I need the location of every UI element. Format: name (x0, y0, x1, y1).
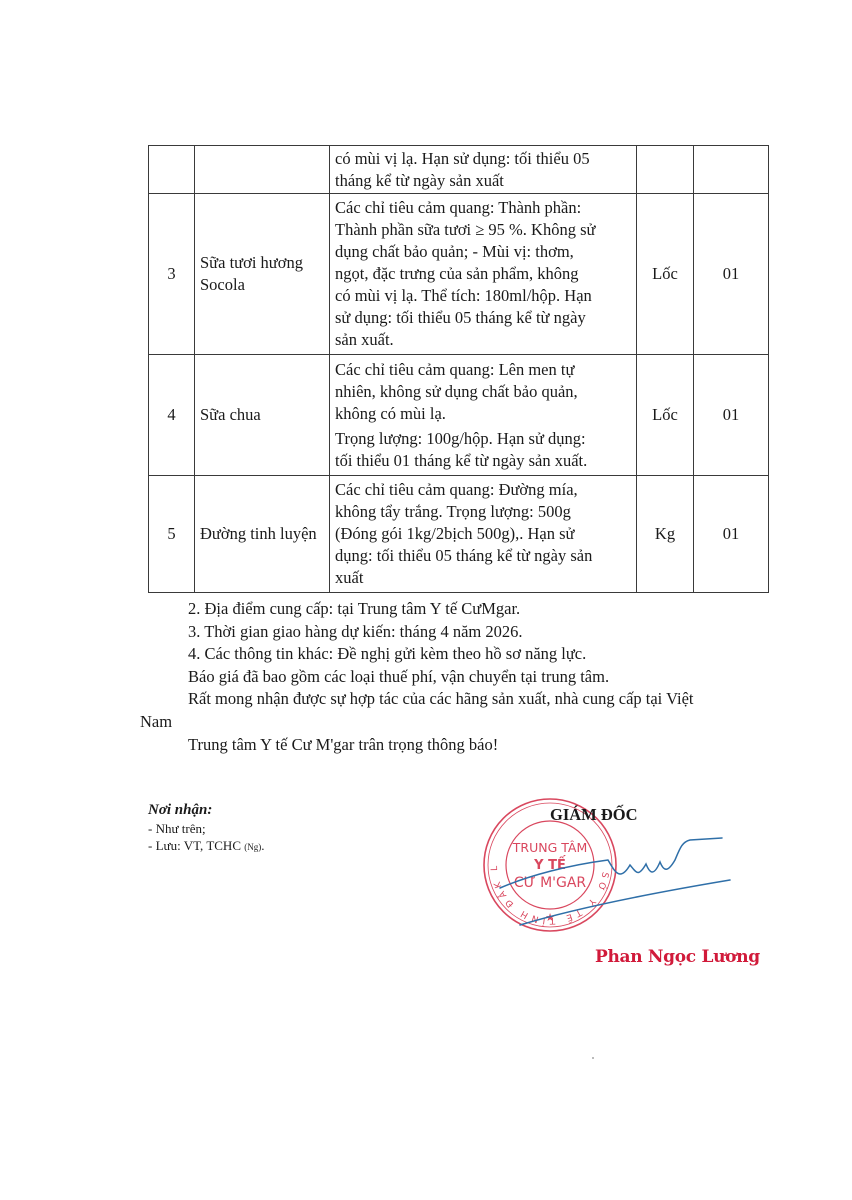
description-line: Các chỉ tiêu cảm quang: Thành phần: (335, 197, 631, 219)
description-line: không tẩy trắng. Trọng lượng: 500g (335, 501, 631, 523)
table-row: có mùi vị lạ. Hạn sử dụng: tối thiểu 05t… (149, 146, 769, 194)
item-quantity: 01 (694, 355, 769, 476)
recipients-block: Nơi nhận: - Như trên; - Lưu: VT, TCHC (N… (148, 802, 265, 856)
description-line: nhiên, không sử dụng chất bảo quản, (335, 381, 631, 403)
item-unit: Lốc (637, 194, 694, 355)
description-line: Trọng lượng: 100g/hộp. Hạn sử dụng: (335, 428, 631, 450)
goods-table: có mùi vị lạ. Hạn sử dụng: tối thiểu 05t… (148, 145, 769, 593)
item-description: Các chỉ tiêu cảm quang: Lên men tựnhiên,… (330, 355, 637, 476)
archive-label: - Lưu: VT, TCHC (148, 838, 241, 853)
description-line: có mùi vị lạ. Thể tích: 180ml/hộp. Hạn (335, 285, 631, 307)
description-line: tháng kể từ ngày sản xuất (335, 170, 631, 192)
description-line: dụng: tối thiểu 05 tháng kể từ ngày sản (335, 545, 631, 567)
description-line: (Đóng gói 1kg/2bịch 500g),. Hạn sử (335, 523, 631, 545)
item-description: có mùi vị lạ. Hạn sử dụng: tối thiểu 05t… (330, 146, 637, 194)
recipient-item-archive: - Lưu: VT, TCHC (Ng). (148, 837, 265, 856)
description-line: Các chỉ tiêu cảm quang: Lên men tự (335, 359, 631, 381)
signer-name: Phan Ngọc Lương (595, 947, 760, 967)
item-name (195, 146, 330, 194)
document-page: có mùi vị lạ. Hạn sử dụng: tối thiểu 05t… (0, 0, 852, 1200)
item-name: Đường tinh luyện (195, 476, 330, 593)
cooperation-note: Rất mong nhận được sự hợp tác của các hã… (188, 688, 768, 711)
description-line: Thành phần sữa tươi ≥ 95 %. Không sử (335, 219, 631, 241)
description-line: sử dụng: tối thiểu 05 tháng kể từ ngày (335, 307, 631, 329)
description-line: ngọt, đặc trưng của sản phẩm, không (335, 263, 631, 285)
item-description: Các chỉ tiêu cảm quang: Đường mía,không … (330, 476, 637, 593)
item-quantity (694, 146, 769, 194)
scan-speck (592, 1057, 594, 1059)
archive-suffix: (Ng) (244, 842, 261, 852)
table-row: 4Sữa chuaCác chỉ tiêu cảm quang: Lên men… (149, 355, 769, 476)
notes-section: 2. Địa điểm cung cấp: tại Trung tâm Y tế… (188, 598, 768, 756)
closing-statement: Trung tâm Y tế Cư M'gar trân trọng thông… (188, 734, 768, 757)
description-line: xuất (335, 567, 631, 589)
item-unit: Kg (637, 476, 694, 593)
description-line: tối thiểu 01 tháng kể từ ngày sản xuất. (335, 450, 631, 472)
fees-note: Báo giá đã bao gồm các loại thuế phí, vậ… (188, 666, 768, 689)
item-unit: Lốc (637, 355, 694, 476)
item-quantity: 01 (694, 194, 769, 355)
item-name: Sữa tươi hương Socola (195, 194, 330, 355)
table-row: 5Đường tinh luyệnCác chỉ tiêu cảm quang:… (149, 476, 769, 593)
recipients-title: Nơi nhận: (148, 802, 265, 818)
row-number: 4 (149, 355, 195, 476)
row-number: 5 (149, 476, 195, 593)
item-name: Sữa chua (195, 355, 330, 476)
table-row: 3Sữa tươi hương SocolaCác chỉ tiêu cảm q… (149, 194, 769, 355)
description-line: dụng chất bảo quản; - Mùi vị: thơm, (335, 241, 631, 263)
other-info: 4. Các thông tin khác: Đề nghị gửi kèm t… (188, 643, 768, 666)
delivery-location: 2. Địa điểm cung cấp: tại Trung tâm Y tế… (188, 598, 768, 621)
delivery-time: 3. Thời gian giao hàng dự kiến: tháng 4 … (188, 621, 768, 644)
description-line: sản xuất. (335, 329, 631, 351)
item-unit (637, 146, 694, 194)
item-quantity: 01 (694, 476, 769, 593)
row-number: 3 (149, 194, 195, 355)
recipient-item: - Như trên; (148, 820, 265, 837)
description-line: Các chỉ tiêu cảm quang: Đường mía, (335, 479, 631, 501)
description-line: có mùi vị lạ. Hạn sử dụng: tối thiểu 05 (335, 148, 631, 170)
row-number (149, 146, 195, 194)
cooperation-note-cont: Nam (140, 711, 768, 734)
archive-end: . (261, 838, 264, 853)
description-line: không có mùi lạ. (335, 403, 631, 425)
handwritten-signature-icon (490, 820, 750, 930)
item-description: Các chỉ tiêu cảm quang: Thành phần:Thành… (330, 194, 637, 355)
